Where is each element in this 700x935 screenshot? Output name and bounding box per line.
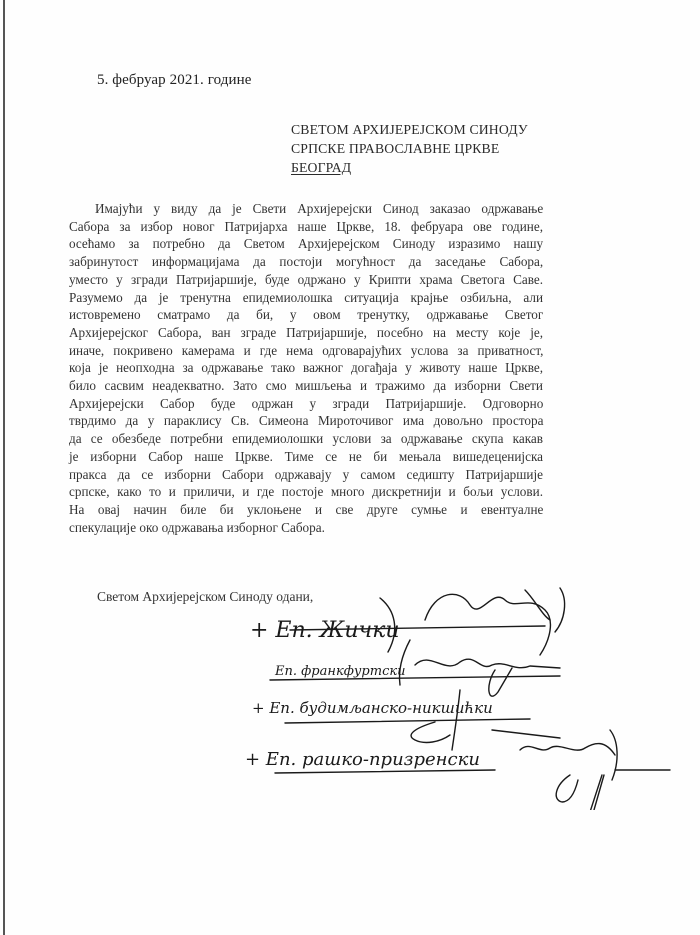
signatures-block: + Еп. Жички Еп. франкфуртски + Еп. будим… xyxy=(230,580,690,810)
body-line: тврдимо да у параклису Св. Симеона Мирот… xyxy=(69,412,543,430)
signature-4-text: + Еп. рашко-призренски xyxy=(245,749,480,770)
body-line: забринутост информацијама да постоји мог… xyxy=(69,253,543,271)
body-line: Разумемо да је тренутна епидемиолошка си… xyxy=(69,289,543,307)
body-line: спекулације око одржавања изборног Сабор… xyxy=(69,519,543,537)
body-line: српске, како то и приличи, и где постоје… xyxy=(69,483,543,501)
body-line: Имајући у виду да је Свети Архијерејски … xyxy=(69,200,543,218)
scan-edge xyxy=(3,0,5,935)
body-line: уместо у згради Патријаршије, буде одржа… xyxy=(69,271,543,289)
body-line: истовремено сматрамо да би, у овом трену… xyxy=(69,306,543,324)
body-line: да се обезбеде потребни епидемиолошки ус… xyxy=(69,430,543,448)
signature-1-text: + Еп. Жички xyxy=(250,618,400,643)
letter-page: 5. фебруар 2021. године СВЕТОМ АРХИЈЕРЕЈ… xyxy=(0,0,700,935)
body-line: Сабора за избор новог Патријарха наше Цр… xyxy=(69,218,543,236)
addressee-block: СВЕТОМ АРХИЈЕРЕЈСКОМ СИНОДУ СРПСКЕ ПРАВО… xyxy=(291,121,528,178)
body-line: осећамо за потребно да Светом Архијерејс… xyxy=(69,235,543,253)
body-line: На овај начин биле би уклоњене и све дру… xyxy=(69,501,543,519)
addressee-city: БЕОГРАД xyxy=(291,159,528,178)
signature-2-text: Еп. франкфуртски xyxy=(274,664,405,679)
signature-2: Еп. франкфуртски xyxy=(270,640,560,696)
letter-body: Имајући у виду да је Свети Архијерејски … xyxy=(69,200,543,536)
body-line: је изборни Сабор наше Цркве. Тиме се не … xyxy=(69,448,543,466)
body-line: Архијерејског Сабора, ван зграде Патрија… xyxy=(69,324,543,342)
body-line: пракса да се изборни Сабори одржавају у … xyxy=(69,466,543,484)
addressee-line-1: СВЕТОМ АРХИЈЕРЕЈСКОМ СИНОДУ xyxy=(291,121,528,140)
body-line: Архијерејски Сабор буде одржан у згради … xyxy=(69,395,543,413)
body-line: која је неопходна за одржавање тако важн… xyxy=(69,359,543,377)
signature-4: + Еп. рашко-призренски xyxy=(245,730,670,810)
addressee-line-2: СРПСКЕ ПРАВОСЛАВНЕ ЦРКВЕ xyxy=(291,140,528,159)
body-line: било сасвим неадекватно. Зато смо мишљењ… xyxy=(69,377,543,395)
signature-3: + Еп. будимљанско-никшићки xyxy=(252,690,560,750)
body-line: иначе, покривено камерама и где нема одг… xyxy=(69,342,543,360)
letter-date: 5. фебруар 2021. године xyxy=(97,72,252,89)
